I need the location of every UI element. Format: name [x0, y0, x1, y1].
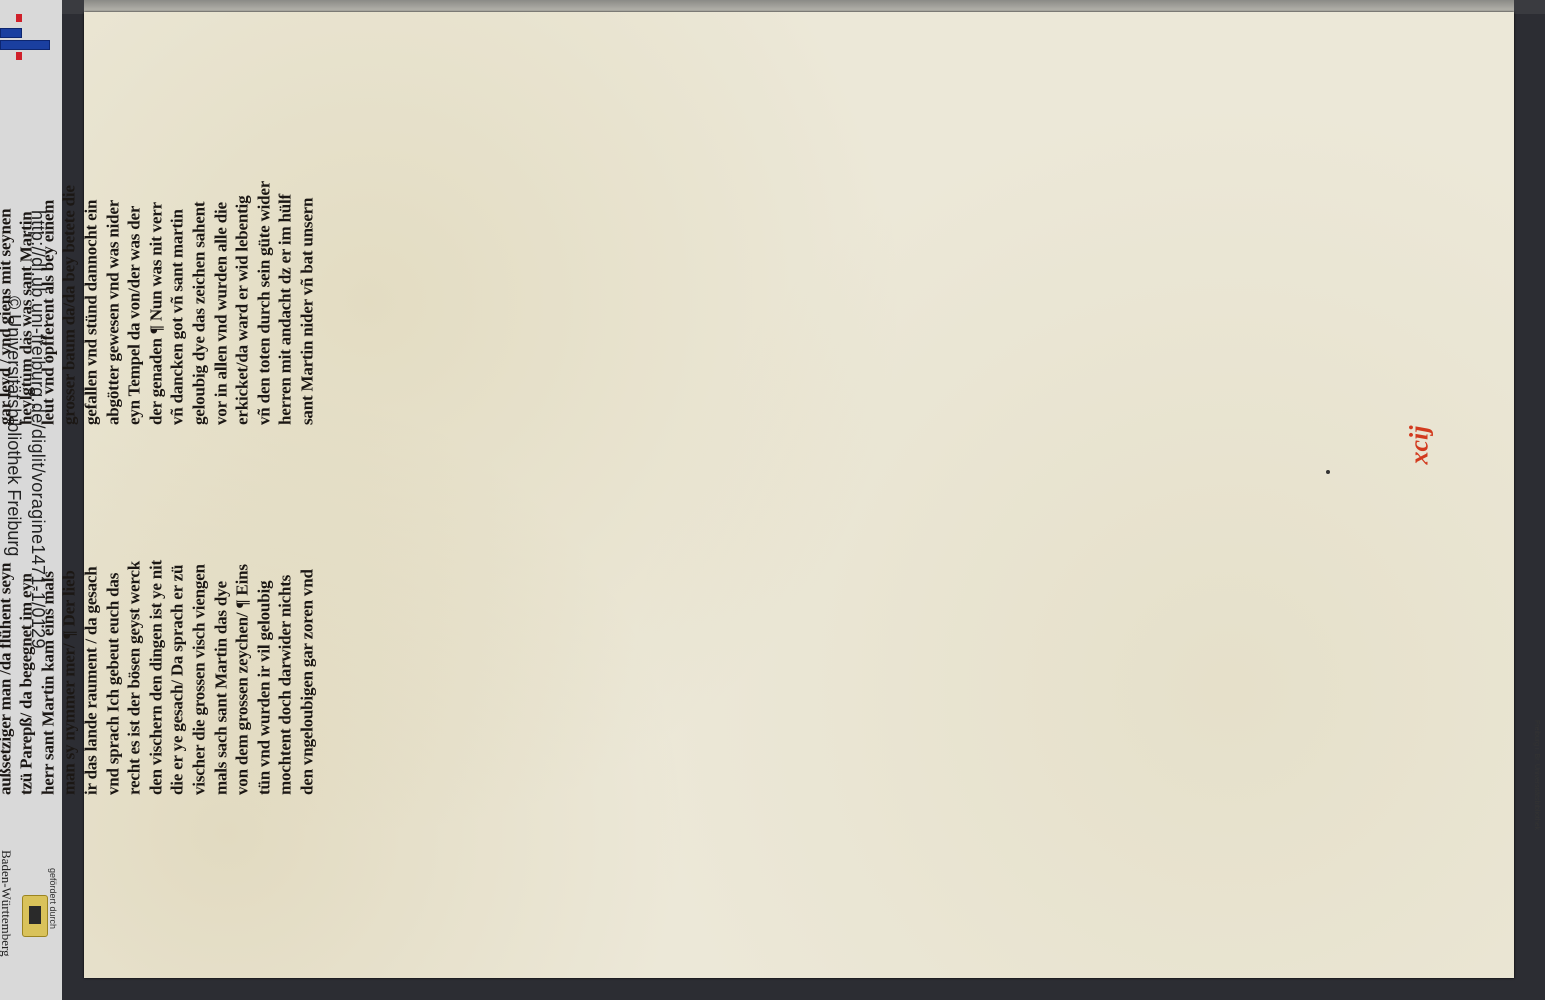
text-line: den vischern den dingen ist ye nit	[145, 480, 167, 795]
logo-blue-bar-icon	[0, 40, 50, 50]
text-line: man sy nymmer mer/ ¶ Der lieb	[59, 480, 81, 795]
sponsor-label: gefördert durch	[48, 868, 58, 929]
text-line: tün vnd wurden ir vil geloubig	[253, 480, 275, 795]
text-line: gar leyd / vnd giens mit seynen	[0, 100, 16, 425]
text-line: der genaden ¶ Nun was nit verr	[145, 100, 167, 425]
folio-number: xcij	[1405, 426, 1435, 465]
sponsor-badge: gefördert durch Baden-Württemberg	[0, 850, 62, 1000]
text-line: vñ den toten durch sein güte wider	[253, 100, 275, 425]
text-column-right: den vngeloubigen gar zoren vndmochtent d…	[0, 480, 318, 795]
text-line: mals sach sant Martin das dye	[210, 480, 232, 795]
text-line: außsetziger man /da flühent seyn	[0, 480, 16, 795]
sponsor-name: Baden-Württemberg	[0, 850, 14, 957]
text-line: herren mit andacht dz er im hülf	[275, 100, 297, 425]
text-line: ir das lande raument / da gesach	[80, 480, 102, 795]
text-line: den vngeloubigen gar zoren vnd	[296, 480, 318, 795]
text-line: grosser baum da/da bey betete die	[59, 100, 81, 425]
text-column-left: sant Martin nider vñ bat unsernherren mi…	[0, 100, 318, 425]
text-line: recht es ist der bösen geyst werck	[124, 480, 146, 795]
text-line: gefallen vnd stünd dannocht ein	[80, 100, 102, 425]
text-line: vnd sprach Ich gebeut euch das	[102, 480, 124, 795]
text-line: eyn Tempel da von/der was der	[124, 100, 146, 425]
text-line: herr sant Martin kam eins mals	[37, 480, 59, 795]
logo-red-mark-icon	[16, 52, 22, 60]
text-line: vñ dancken got vñ sant martin	[167, 100, 189, 425]
text-line: tzü Parepß/ da begegnet im eyn	[16, 480, 38, 795]
library-logo-icon[interactable]	[0, 6, 62, 66]
logo-red-mark-icon	[16, 14, 22, 22]
scan-color-label: Freiburg i. Br. Universitätsbibliothek	[1533, 720, 1540, 830]
ink-spot	[1326, 470, 1330, 474]
text-line: sant Martin nider vñ bat unsern	[296, 100, 318, 425]
text-line: abgötter gewesen vnd was nider	[102, 100, 124, 425]
text-line: leut vnd opfferent als bey einem	[37, 100, 59, 425]
logo-blue-bar-icon	[0, 28, 22, 38]
text-line: die er ye gesach/ Da sprach er zü	[167, 480, 189, 795]
text-line: vischer die grossen visch viengen	[188, 480, 210, 795]
text-line: geloubig dye das zeichen sahent	[188, 100, 210, 425]
text-line: von dem grossen zeychen/ ¶ Eins	[232, 480, 254, 795]
coat-of-arms-icon	[22, 895, 48, 937]
text-line: vor in allen vnd wurden alle die	[210, 100, 232, 425]
text-line: heylgtum das was sant Martin	[16, 100, 38, 425]
text-line: mochtent doch darwider nichts	[275, 480, 297, 795]
text-line: erkicket/da ward er wid lebentig	[232, 100, 254, 425]
